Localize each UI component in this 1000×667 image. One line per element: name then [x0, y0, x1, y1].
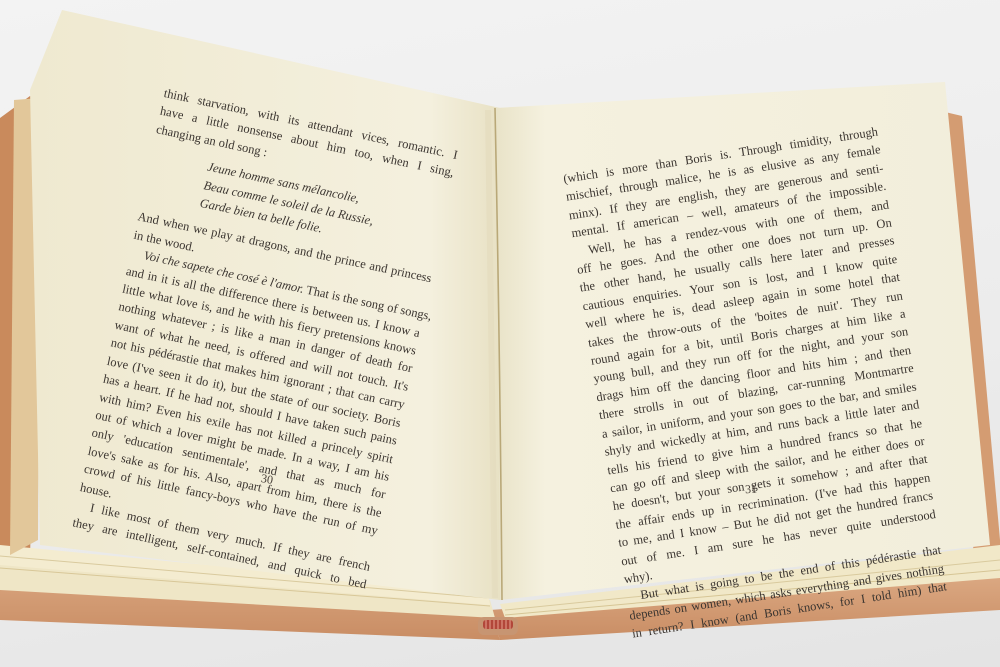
- page-number-left: 30: [260, 471, 274, 488]
- photo-scene: think starvation, with its attendant vic…: [0, 0, 1000, 667]
- page-number-right: 31: [745, 482, 758, 498]
- headband: [478, 617, 518, 635]
